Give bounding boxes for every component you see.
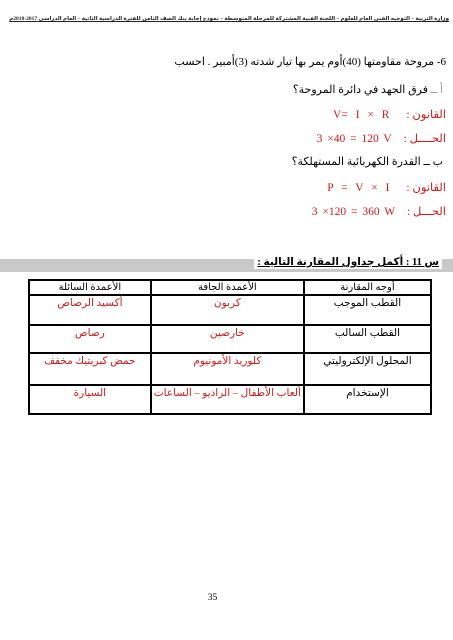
sol2-label: الحـــل : (407, 206, 446, 218)
page-number: 35 (0, 593, 439, 603)
law1-formula: V= I × R (333, 109, 389, 121)
comparison-table: أوجه المقارنة الأعمدة الجافة الأعمدة الس… (28, 279, 432, 415)
law1-label: القانون : (406, 109, 446, 121)
dry-answer-cell: خارصين (151, 325, 304, 353)
question-6-part-a: أ ــ فرق الجهد في دائرة المروحة؟ (293, 83, 443, 96)
part-b-marker: ب ــ (423, 156, 443, 168)
header-dry-cells: الأعمدة الجافة (151, 280, 304, 295)
sol1-value: 3 ×40 = 120 V (317, 133, 392, 145)
question-6-part-b: ب ــ القدرة الكهربائية المستهلكة؟ (292, 155, 443, 168)
aspect-cell: القطب الموجب (304, 295, 431, 325)
table-row: المحلول الإلكتروليتي كلوريد الأمونيوم حم… (29, 353, 431, 385)
law2-formula: P = V × I (327, 182, 389, 194)
part-a-text: فرق الجهد في دائرة المروحة؟ (293, 84, 428, 96)
part-b-text: القدرة الكهربائية المستهلكة؟ (292, 156, 421, 168)
aspect-cell: القطب السالب (304, 325, 431, 353)
wet-answer-cell: حمض كبريتيك مخفف (29, 353, 151, 385)
dry-answer-cell: كلوريد الأمونيوم (151, 353, 304, 385)
dry-answer-cell: ألعاب الأطفال – الراديو – الساعات (151, 385, 304, 414)
law2-label: القانون : (406, 182, 446, 194)
sol1-label: الحــــل : (404, 133, 446, 145)
question-6-line: 6- مروحة مقاومتها (40)أوم يمر بها تيار ش… (174, 55, 446, 68)
law-line-power: القانون : P = V × I (327, 180, 446, 194)
part-a-marker: أ ــ (431, 84, 443, 96)
wet-answer-cell: السيارة (29, 385, 151, 414)
header-wet-cells: الأعمدة السائلة (29, 280, 151, 295)
header-aspect: أوجه المقارنة (304, 280, 431, 295)
table-row: القطب السالب خارصين رصاص (29, 325, 431, 353)
aspect-cell: الإستخدام (304, 385, 431, 414)
page-header-text: وزارة التربية – التوجيه الفني العام للعل… (22, 16, 449, 22)
solution-line-power: الحـــل : 3 ×120 = 360 W (312, 204, 446, 218)
wet-answer-cell: أكسيد الرصاص (29, 295, 151, 325)
dry-answer-cell: كربون (151, 295, 304, 325)
wet-answer-cell: رصاص (29, 325, 151, 353)
sol2-value: 3 ×120 = 360 W (312, 206, 395, 218)
question-11-heading: س 11 : أكمل جداول المقارنة التالية : (254, 256, 442, 269)
aspect-cell: المحلول الإلكتروليتي (304, 353, 431, 385)
table-row: الإستخدام ألعاب الأطفال – الراديو – السا… (29, 385, 431, 414)
table-row: القطب الموجب كربون أكسيد الرصاص (29, 295, 431, 325)
law-line-voltage: القانون : V= I × R (333, 107, 446, 121)
document-page: وزارة التربية – التوجيه الفني العام للعل… (0, 0, 453, 640)
table-header-row: أوجه المقارنة الأعمدة الجافة الأعمدة الس… (29, 280, 431, 295)
solution-line-voltage: الحــــل : 3 ×40 = 120 V (317, 131, 446, 145)
